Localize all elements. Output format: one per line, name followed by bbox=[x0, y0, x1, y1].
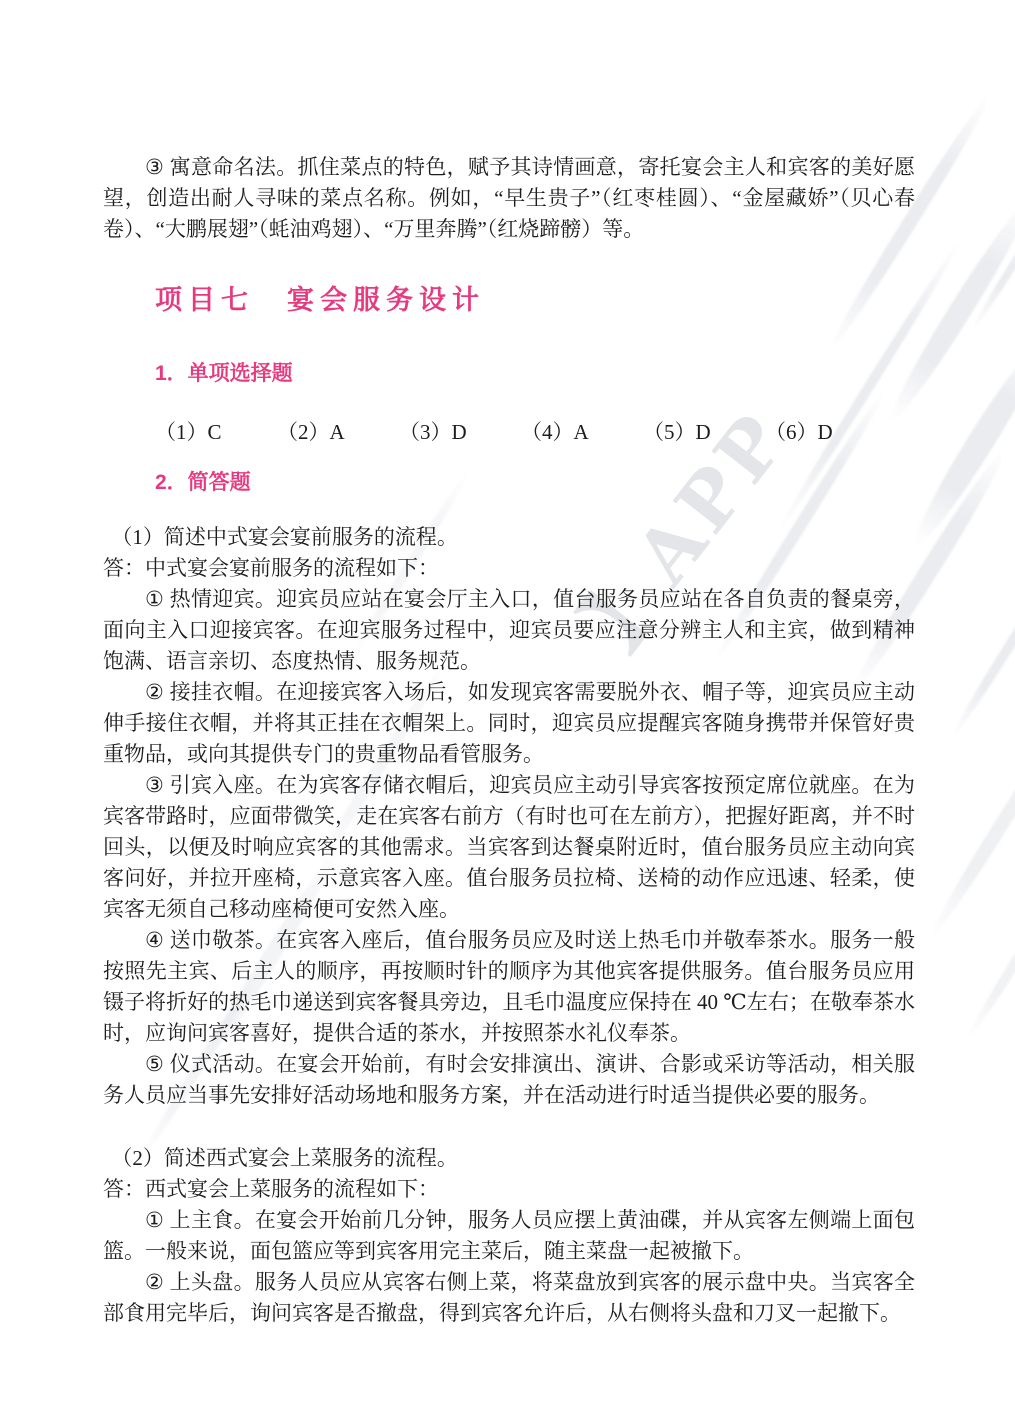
brush-stroke-decoration bbox=[947, 549, 1015, 741]
answer-1-step: ① 热情迎宾。迎宾员应站在宴会厅主入口，值台服务员应站在各自负责的餐桌旁，面向主… bbox=[103, 584, 915, 677]
choice-answers-row: （1）C （2）A （3）D （4）A （5）D （6）D bbox=[155, 417, 915, 448]
answer-2-intro: 答：西式宴会上菜服务的流程如下： bbox=[103, 1174, 915, 1205]
answer-1-step: ③ 引宾入座。在为宾客存储衣帽后，迎宾员应主动引导宾客按预定席位就座。在为宾客带… bbox=[103, 770, 915, 925]
answer-1-step: ④ 送巾敬茶。在宾客入座后，值台服务员应及时送上热毛巾并敬奉茶水。服务一般按照先… bbox=[103, 925, 915, 1049]
brush-stroke-decoration bbox=[905, 334, 1015, 551]
answer-1-step: ② 接挂衣帽。在迎接宾客入场后，如发现宾客需要脱外衣、帽子等，迎宾员应主动伸手接… bbox=[103, 677, 915, 770]
choice-answer: （1）C bbox=[155, 417, 277, 448]
brush-stroke-decoration bbox=[925, 713, 1015, 941]
document-page: 】APP ③ 寓意命名法。抓住菜点的特色，赋予其诗情画意，寄托宴会主人和宾客的美… bbox=[0, 0, 1015, 1414]
page-content: ③ 寓意命名法。抓住菜点的特色，赋予其诗情画意，寄托宴会主人和宾客的美好愿望，创… bbox=[103, 152, 915, 1329]
choice-answer: （5）D bbox=[643, 417, 765, 448]
brush-stroke-decoration bbox=[969, 176, 1015, 333]
answer-2-step: ① 上主食。在宴会开始前几分钟，服务人员应摆上黄油碟，并从宾客左侧端上面包篮。一… bbox=[103, 1205, 915, 1267]
chapter-title: 项目七 宴会服务设计 bbox=[155, 283, 915, 317]
choice-answer: （4）A bbox=[521, 417, 643, 448]
question-2: （2）简述西式宴会上菜服务的流程。 bbox=[103, 1143, 915, 1174]
brush-stroke-decoration bbox=[963, 868, 1015, 1043]
naming-method-paragraph: ③ 寓意命名法。抓住菜点的特色，赋予其诗情画意，寄托宴会主人和宾客的美好愿望，创… bbox=[103, 152, 915, 245]
choice-answer: （2）A bbox=[277, 417, 399, 448]
section-heading-short-answer: 2．简答题 bbox=[155, 470, 915, 496]
choice-answer: （3）D bbox=[399, 417, 521, 448]
answer-2-step: ② 上头盘。服务人员应从宾客右侧上菜，将菜盘放到宾客的展示盘中央。当宾客全部食用… bbox=[103, 1267, 915, 1329]
answer-1-intro: 答：中式宴会宴前服务的流程如下： bbox=[103, 553, 915, 584]
question-1: （1）简述中式宴会宴前服务的流程。 bbox=[103, 522, 915, 553]
choice-answer: （6）D bbox=[765, 417, 833, 448]
answer-1-step: ⑤ 仪式活动。在宴会开始前，有时会安排演出、演讲、合影或采访等活动，相关服务人员… bbox=[103, 1049, 915, 1111]
section-heading-multiple-choice: 1．单项选择题 bbox=[155, 361, 915, 387]
